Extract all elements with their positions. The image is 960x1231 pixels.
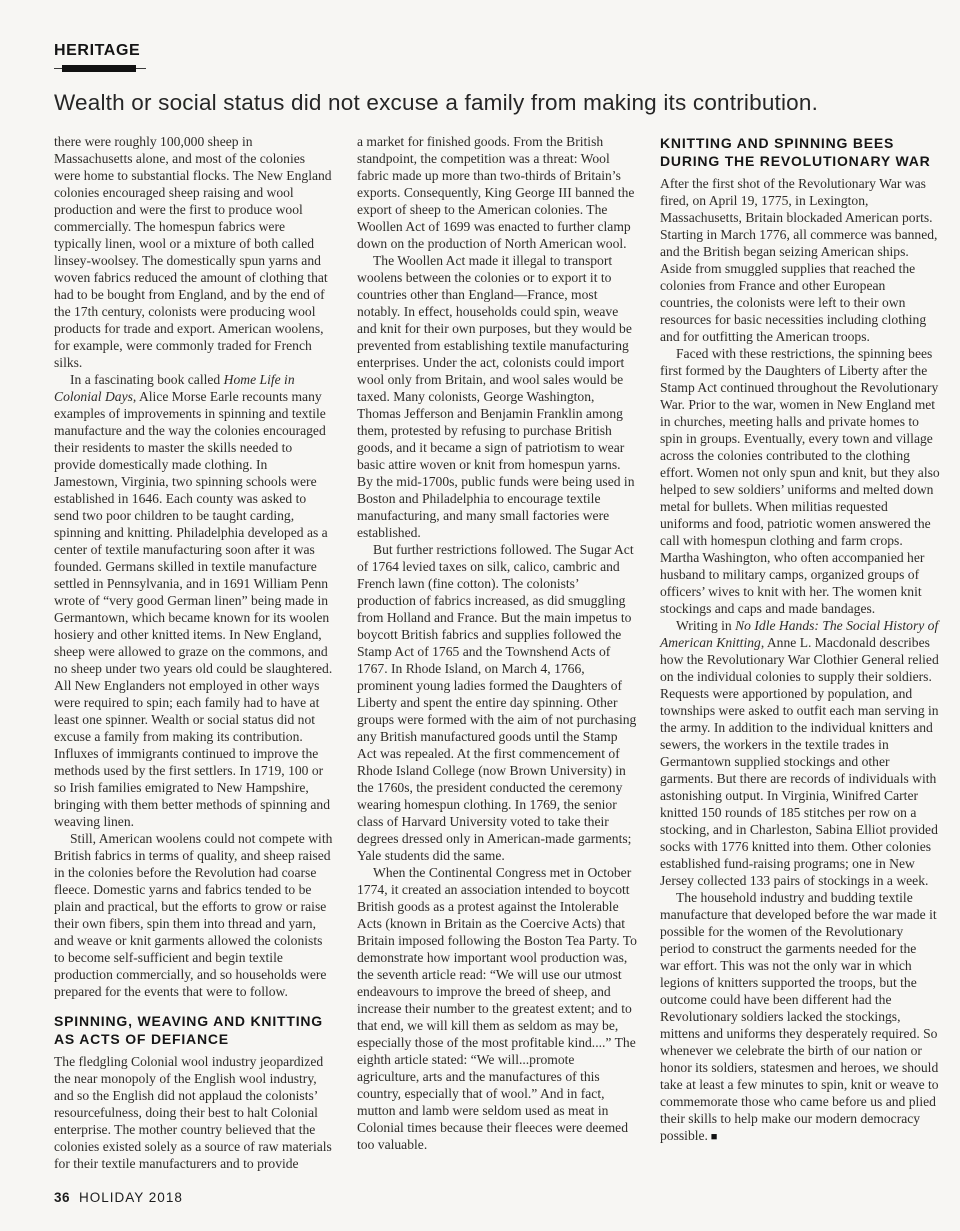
paragraph: The household industry and budding texti… xyxy=(660,889,940,1146)
section-heading: SPINNING, WEAVING AND KNITTING AS ACTS O… xyxy=(54,1013,334,1048)
issue-label: HOLIDAY 2018 xyxy=(79,1190,183,1205)
paragraph: But further restrictions followed. The S… xyxy=(357,541,637,864)
article-column-3: KNITTING AND SPINNING BEES DURING THE RE… xyxy=(660,133,940,1172)
paragraph: Writing in No Idle Hands: The Social His… xyxy=(660,617,940,889)
page-footer: 36HOLIDAY 2018 xyxy=(54,1190,183,1205)
section-heading: KNITTING AND SPINNING BEES DURING THE RE… xyxy=(660,135,940,170)
paragraph: The Woollen Act made it illegal to trans… xyxy=(357,252,637,541)
body-text: But further restrictions followed. The S… xyxy=(357,542,636,863)
kicker: HERITAGE xyxy=(54,42,940,60)
body-text: Still, American woolens could not compet… xyxy=(54,831,332,999)
body-text: there were roughly 100,000 sheep in Mass… xyxy=(54,134,332,370)
kicker-rule xyxy=(54,65,146,73)
body-text: a market for finished goods. From the Br… xyxy=(357,134,634,251)
body-text: Writing in xyxy=(676,618,735,633)
paragraph: Faced with these restrictions, the spinn… xyxy=(660,345,940,617)
body-text: , Alice Morse Earle recounts many exampl… xyxy=(54,389,332,829)
paragraph: there were roughly 100,000 sheep in Mass… xyxy=(54,133,334,371)
magazine-page: HERITAGE Wealth or social status did not… xyxy=(0,0,960,1231)
body-text: When the Continental Congress met in Oct… xyxy=(357,865,637,1152)
kicker-rule-thick-bar xyxy=(62,65,136,72)
body-text: The fledgling Colonial wool industry jeo… xyxy=(54,1054,332,1171)
paragraph: The fledgling Colonial wool industry jeo… xyxy=(54,1053,334,1172)
body-text: The household industry and budding texti… xyxy=(660,890,939,1143)
body-text: , Anne L. Macdonald describes how the Re… xyxy=(660,635,939,888)
paragraph: Still, American woolens could not compet… xyxy=(54,830,334,1000)
body-text: After the first shot of the Revolutionar… xyxy=(660,176,937,344)
paragraph: After the first shot of the Revolutionar… xyxy=(660,175,940,345)
headline: Wealth or social status did not excuse a… xyxy=(54,90,940,116)
body-text: Faced with these restrictions, the spinn… xyxy=(660,346,940,616)
body-text: The Woollen Act made it illegal to trans… xyxy=(357,253,635,540)
paragraph: In a fascinating book called Home Life i… xyxy=(54,371,334,830)
paragraph: When the Continental Congress met in Oct… xyxy=(357,864,637,1153)
body-text: In a fascinating book called xyxy=(70,372,224,387)
page-number: 36 xyxy=(54,1190,70,1205)
article-column-2: a market for finished goods. From the Br… xyxy=(357,133,637,1172)
end-of-article-mark: ■ xyxy=(708,1131,717,1143)
article-columns: there were roughly 100,000 sheep in Mass… xyxy=(54,133,940,1172)
article-column-1: there were roughly 100,000 sheep in Mass… xyxy=(54,133,334,1172)
paragraph: a market for finished goods. From the Br… xyxy=(357,133,637,252)
